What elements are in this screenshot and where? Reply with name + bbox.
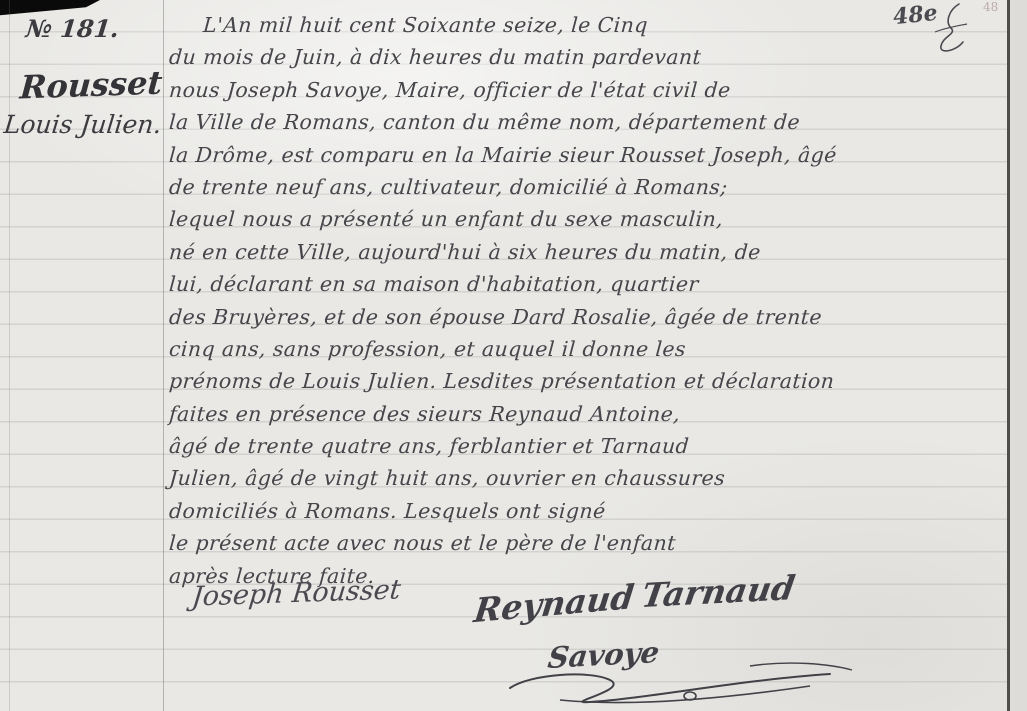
body-line: le présent acte avec nous et le père de … (168, 527, 1010, 559)
page-gutter (1010, 0, 1027, 711)
body-line: domiciliés à Romans. Lesquels ont signé (168, 495, 1010, 527)
body-line: lequel nous a présenté un enfant du sexe… (168, 203, 1010, 235)
signature-paraph-flourish (500, 660, 880, 711)
body-line: la Drôme, est comparu en la Mairie sieur… (168, 139, 1010, 171)
margin-surname: Rousset (19, 63, 164, 106)
body-line: prénoms de Louis Julien. Lesdites présen… (168, 365, 1010, 397)
margin-rule-line (163, 0, 164, 711)
body-line: du mois de Juin, à dix heures du matin p… (168, 41, 1010, 73)
signature-joseph-rousset: Joseph Rousset (190, 574, 402, 612)
scanned-register-page: № 181. Rousset Louis Julien. 48e 48 L'An… (0, 0, 1027, 711)
body-line: cinq ans, sans profession, et auquel il … (168, 333, 1010, 365)
body-line: L'An mil huit cent Soixante seize, le Ci… (168, 9, 1010, 41)
act-number: № 181. (24, 14, 120, 43)
act-body: L'An mil huit cent Soixante seize, le Ci… (168, 9, 1008, 592)
body-line: la Ville de Romans, canton du même nom, … (168, 106, 1010, 138)
body-line: Julien, âgé de vingt huit ans, ouvrier e… (168, 462, 1010, 494)
body-line: né en cette Ville, aujourd'hui à six heu… (168, 236, 1010, 268)
signature-tarnaud: Tarnaud (639, 568, 798, 615)
body-line: des Bruyères, et de son épouse Dard Rosa… (168, 301, 1010, 333)
body-line: âgé de trente quatre ans, ferblantier et… (168, 430, 1010, 462)
body-line: de trente neuf ans, cultivateur, domicil… (168, 171, 1010, 203)
body-line: faites en présence des sieurs Reynaud An… (168, 398, 1010, 430)
body-line: lui, déclarant en sa maison d'habitation… (168, 268, 1010, 300)
body-line: nous Joseph Savoye, Maire, officier de l… (168, 74, 1010, 106)
margin-given-names: Louis Julien. (2, 110, 163, 139)
left-edge-line (9, 0, 10, 711)
